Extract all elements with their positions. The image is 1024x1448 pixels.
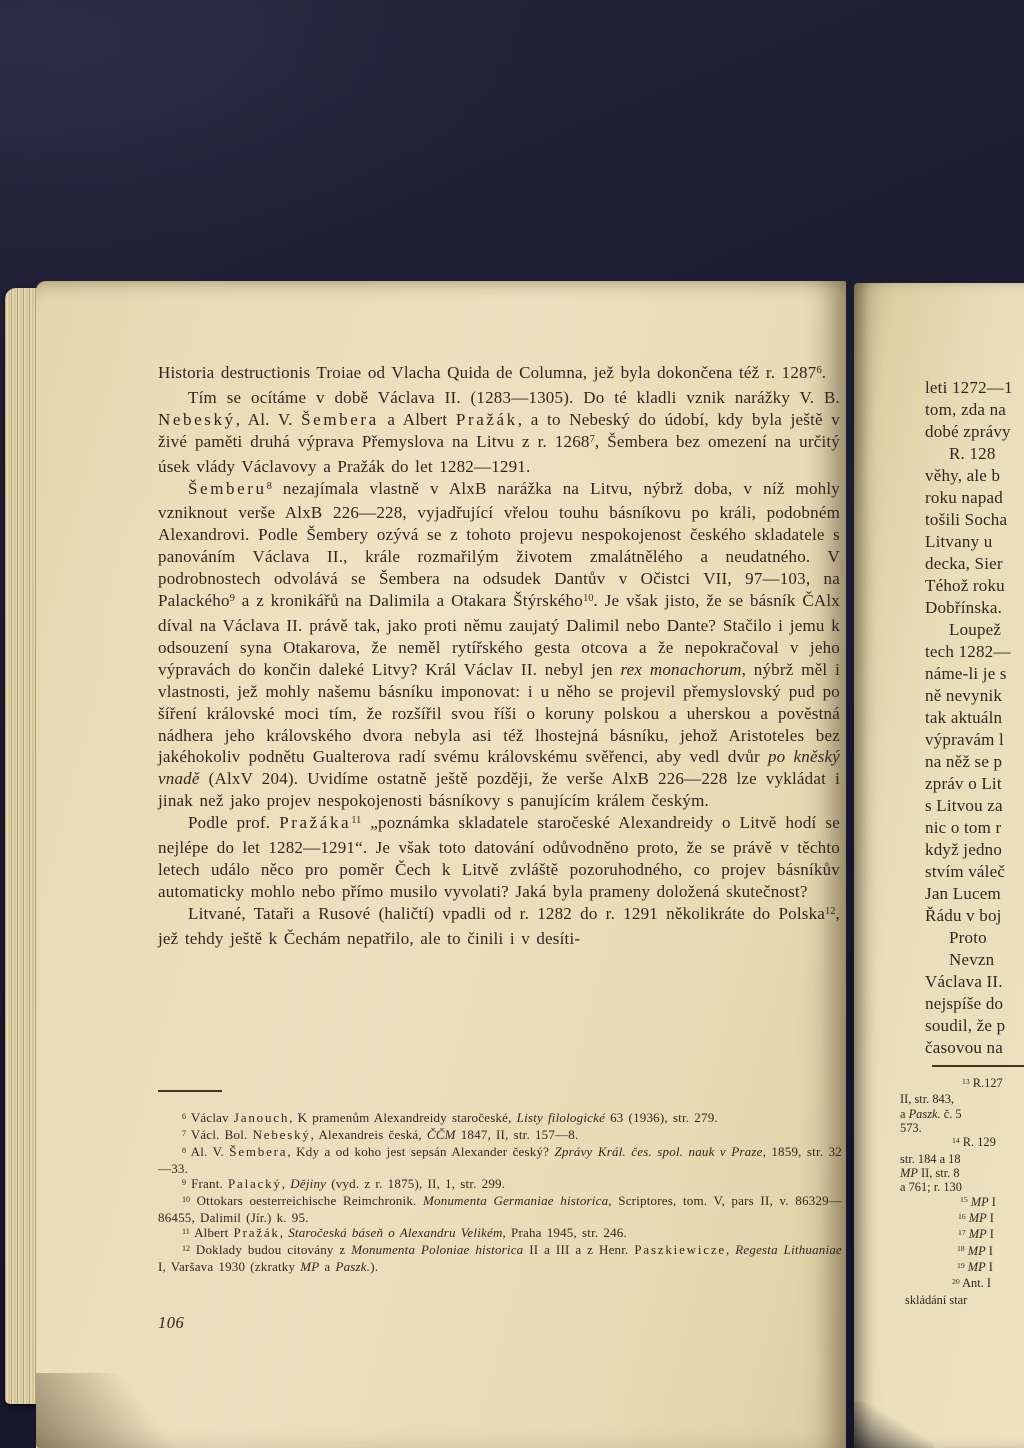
paragraph: Tím se ocítáme v době Václava II. (1283—… — [158, 387, 840, 478]
text-segment: Palacký — [228, 1176, 282, 1191]
text-line: výpravám l — [925, 729, 1013, 751]
text-segment: Litvané, Tataři a Rusové (haličtí) vpadl… — [188, 904, 825, 923]
text-segment: , — [280, 1225, 289, 1240]
text-segment: a — [900, 1107, 909, 1121]
text-segment: Doklady budou citovány z — [190, 1242, 351, 1257]
text-line: Řádu v boj — [925, 905, 1013, 927]
text-segment: , Kdy a od koho jest sepsán Alexander če… — [287, 1144, 554, 1159]
footnote-line: 14 R. 129 — [952, 1135, 1024, 1151]
footnote-reference: 7 — [182, 1129, 186, 1138]
footnote: 12 Doklady budou citovány z Monumenta Po… — [158, 1242, 842, 1274]
text-segment: č. 5 — [941, 1107, 962, 1121]
text-segment: MP — [900, 1166, 918, 1180]
text-line: nejspíše do — [925, 993, 1013, 1015]
text-segment: Pražák — [456, 410, 518, 429]
text-segment: a z kronikářů na Dalimila a Otakara Štýr… — [235, 591, 583, 610]
text-segment: MP — [968, 1244, 986, 1258]
paragraph: Historia destructionis Troiae od Vlacha … — [158, 362, 840, 387]
text-segment: Šemberu — [188, 479, 267, 498]
footnote-reference: 10 — [583, 593, 594, 604]
text-line: R. 128 — [925, 443, 1013, 465]
text-segment: I — [986, 1260, 993, 1274]
text-line: Téhož roku — [925, 575, 1013, 597]
text-segment: Staročeská báseň o Alexandru Velikém — [288, 1225, 502, 1240]
text-segment: Paszk. — [909, 1107, 941, 1121]
text-line: zpráv o Lit — [925, 773, 1013, 795]
text-segment: , Al. V. — [236, 410, 301, 429]
footnotes-block: 6 Václav Janouch, K pramenům Alexandreid… — [158, 1110, 842, 1274]
text-segment: Nebeský — [158, 410, 236, 429]
text-segment: Václ. Bol. — [186, 1127, 253, 1142]
footnote-line: 18 MP I — [957, 1244, 1024, 1260]
text-segment: , — [726, 1242, 735, 1257]
footnote: 10 Ottokars oesterreichische Reimchronik… — [158, 1193, 842, 1225]
footnote-reference: 18 — [957, 1244, 965, 1253]
text-segment: Historia destructionis Troiae od Vlacha … — [158, 363, 816, 382]
text-segment: Pražák — [234, 1225, 280, 1240]
text-line: stvím váleč — [925, 861, 1013, 883]
footnote-line: a 761; r. 130 — [900, 1180, 1024, 1194]
footnote-reference: 8 — [267, 481, 272, 492]
footnote-reference: 16 — [958, 1212, 966, 1221]
footnote-line: II, str. 843, — [900, 1092, 1024, 1106]
page-stack-edges — [5, 288, 38, 1404]
footnote-reference: 15 — [960, 1195, 968, 1204]
text-line: nic o tom r — [925, 817, 1013, 839]
page-corner-shadow — [36, 1373, 236, 1448]
footnote-reference: 10 — [182, 1195, 190, 1204]
text-segment: Monumenta Poloniae historica — [351, 1242, 523, 1257]
footnote: 7 Václ. Bol. Nebeský, Alexandreis česká,… — [158, 1127, 842, 1144]
facing-page-footnote-separator — [932, 1065, 1024, 1067]
text-segment: Zprávy Král. čes. spol. nauk v Praze — [555, 1144, 763, 1159]
footnote-reference: 19 — [957, 1261, 965, 1270]
text-segment: I — [987, 1227, 994, 1241]
footnote: 8 Al. V. Šembera, Kdy a od koho jest sep… — [158, 1144, 842, 1176]
paragraph: Litvané, Tataři a Rusové (haličtí) vpadl… — [158, 903, 840, 950]
text-segment: Frant. — [186, 1176, 228, 1191]
footnote-line: 17 MP I — [958, 1227, 1024, 1243]
text-segment: a Albert — [379, 410, 456, 429]
footnote-reference: 20 — [952, 1277, 960, 1286]
text-line: věhy, ale b — [925, 465, 1013, 487]
footnote-separator — [158, 1090, 222, 1092]
text-line: Loupež — [925, 619, 1013, 641]
text-line: s Litvou za — [925, 795, 1013, 817]
text-segment: rex monachorum — [620, 660, 741, 679]
text-segment: II a III a z Henr. — [523, 1242, 634, 1257]
footnote-line: 15 MP I — [960, 1195, 1024, 1211]
facing-page-footnotes-fragment: 13 R.127II, str. 843,a Paszk. č. 5573.14… — [854, 1076, 1024, 1307]
text-segment: Listy filologické — [517, 1110, 605, 1125]
text-segment: Ant. I — [960, 1276, 991, 1290]
facing-page: leti 1272—1tom, zda nadobé zprávyR. 128v… — [854, 283, 1024, 1448]
text-segment: Ottokars oesterreichische Reimchronik. — [190, 1193, 423, 1208]
footnote-line: 19 MP I — [957, 1260, 1024, 1276]
gutter-bottom-shadow — [854, 1402, 934, 1448]
text-segment: Podle prof. — [188, 813, 279, 832]
text-line: na něž se p — [925, 751, 1013, 773]
footnote-reference: 17 — [958, 1228, 966, 1237]
text-line: Nevzn — [925, 949, 1013, 971]
footnote-line: 573. — [900, 1121, 1024, 1135]
text-line: ně nevynik — [925, 685, 1013, 707]
text-line: soudil, že p — [925, 1015, 1013, 1037]
text-segment: II, str. 843, — [900, 1092, 954, 1106]
footnote-line: str. 184 a 18 — [900, 1152, 1024, 1166]
text-line: tom, zda na — [925, 399, 1013, 421]
text-segment: Pražáka — [279, 813, 351, 832]
text-segment: Šembera — [301, 410, 379, 429]
text-segment: Paszkiewicze — [634, 1242, 726, 1257]
text-segment: ČČM — [427, 1127, 456, 1142]
text-line: náme-li je s — [925, 663, 1013, 685]
left-page: Historia destructionis Troiae od Vlacha … — [36, 281, 846, 1448]
text-segment: R.127 — [970, 1076, 1003, 1090]
text-segment: Paszk. — [335, 1259, 370, 1274]
text-segment: MP — [968, 1260, 986, 1274]
facing-page-text-fragment: leti 1272—1tom, zda nadobé zprávyR. 128v… — [925, 377, 1013, 1059]
footnote-reference: 13 — [962, 1077, 970, 1086]
footnote-line: skládání star — [905, 1293, 1024, 1307]
footnote-line: MP II, str. 8 — [900, 1166, 1024, 1180]
footnote-reference: 9 — [230, 593, 235, 604]
text-segment: , Praha 1945, str. 246. — [503, 1225, 627, 1240]
text-line: Jan Lucem — [925, 883, 1013, 905]
footnote-line: 13 R.127 — [962, 1076, 1024, 1092]
text-segment: . — [822, 363, 826, 382]
footnote-reference: 11 — [182, 1227, 190, 1236]
text-segment: 1847, II, str. 157—8. — [456, 1127, 579, 1142]
text-segment: Janouch — [234, 1110, 289, 1125]
text-segment: Šembera — [229, 1144, 287, 1159]
page-number: 106 — [158, 1313, 184, 1333]
text-line: Dobřínska. — [925, 597, 1013, 619]
footnote-reference: 8 — [182, 1146, 186, 1155]
text-segment: MP — [969, 1227, 987, 1241]
text-segment: Nebeský — [253, 1127, 311, 1142]
text-segment: MP — [969, 1211, 987, 1225]
text-line: když jedno — [925, 839, 1013, 861]
footnote-reference: 7 — [590, 434, 595, 445]
footnote-reference: 9 — [182, 1178, 186, 1187]
text-segment: Albert — [190, 1225, 234, 1240]
text-segment: Al. V. — [186, 1144, 229, 1159]
text-line: Litvany u — [925, 531, 1013, 553]
text-line: tak aktuáln — [925, 707, 1013, 729]
text-segment: MP — [971, 1195, 989, 1209]
scanned-book-spread: { "colors": { "cover_navy": "#1d1d33", "… — [0, 0, 1024, 1448]
text-segment: 573. — [900, 1121, 922, 1135]
paragraph: Podle prof. Pražáka11 „poznámka skladate… — [158, 812, 840, 903]
text-line: decka, Sier — [925, 553, 1013, 575]
footnote-line: 16 MP I — [958, 1211, 1024, 1227]
footnote-reference: 11 — [351, 815, 361, 826]
text-segment: Tím se ocítáme v době Václava II. (1283—… — [188, 388, 840, 407]
footnote-line: 20 Ant. I — [952, 1276, 1024, 1292]
text-segment: 63 (1936), str. 279. — [605, 1110, 718, 1125]
text-line: leti 1272—1 — [925, 377, 1013, 399]
text-segment: I, Varšava 1930 (zkratky — [158, 1259, 300, 1274]
text-segment: I — [989, 1195, 996, 1209]
text-segment: (AlxV 204). Uvidíme ostatně ještě pozděj… — [158, 769, 840, 810]
text-line: dobé zprávy — [925, 421, 1013, 443]
text-line: časovou na — [925, 1037, 1013, 1059]
footnote-reference: 6 — [182, 1112, 186, 1121]
text-segment: skládání star — [905, 1293, 967, 1307]
text-segment: I — [987, 1211, 994, 1225]
text-line: roku napad — [925, 487, 1013, 509]
footnote: 6 Václav Janouch, K pramenům Alexandreid… — [158, 1110, 842, 1127]
text-line: tech 1282— — [925, 641, 1013, 663]
footnote-line: a Paszk. č. 5 — [900, 1107, 1024, 1121]
footnote-reference: 6 — [816, 365, 821, 376]
text-segment: R. 129 — [960, 1135, 996, 1149]
text-segment: a 761; r. 130 — [900, 1180, 962, 1194]
footnote: 9 Frant. Palacký, Dějiny (vyd. z r. 1875… — [158, 1176, 842, 1193]
text-segment: II, str. 8 — [918, 1166, 960, 1180]
text-line: tošili Socha — [925, 509, 1013, 531]
text-segment: str. 184 a 18 — [900, 1152, 961, 1166]
text-segment: , K pramenům Alexandreidy staročeské, — [289, 1110, 517, 1125]
main-text-block: Historia destructionis Troiae od Vlacha … — [158, 362, 840, 950]
text-line: Proto — [925, 927, 1013, 949]
text-segment: Regesta Lithuaniae — [735, 1242, 842, 1257]
footnote-reference: 14 — [952, 1136, 960, 1145]
footnote-reference: 12 — [182, 1244, 190, 1253]
text-segment: ). — [370, 1259, 378, 1274]
text-segment: a — [319, 1259, 335, 1274]
text-line: Václava II. — [925, 971, 1013, 993]
text-segment: Václav — [186, 1110, 234, 1125]
paragraph: Šemberu8 nezajímala vlastně v AlxB naráž… — [158, 478, 840, 813]
text-segment: (vyd. z r. 1875), II, 1, str. 299. — [326, 1176, 505, 1191]
text-segment: MP — [300, 1259, 319, 1274]
footnote: 11 Albert Pražák, Staročeská báseň o Ale… — [158, 1225, 842, 1242]
footnote-reference: 12 — [825, 906, 836, 917]
text-segment: Monumenta Germaniae historica — [423, 1193, 608, 1208]
text-segment: I — [986, 1244, 993, 1258]
text-segment: Dějiny — [290, 1176, 326, 1191]
text-segment: , Alexandreis česká, — [311, 1127, 427, 1142]
